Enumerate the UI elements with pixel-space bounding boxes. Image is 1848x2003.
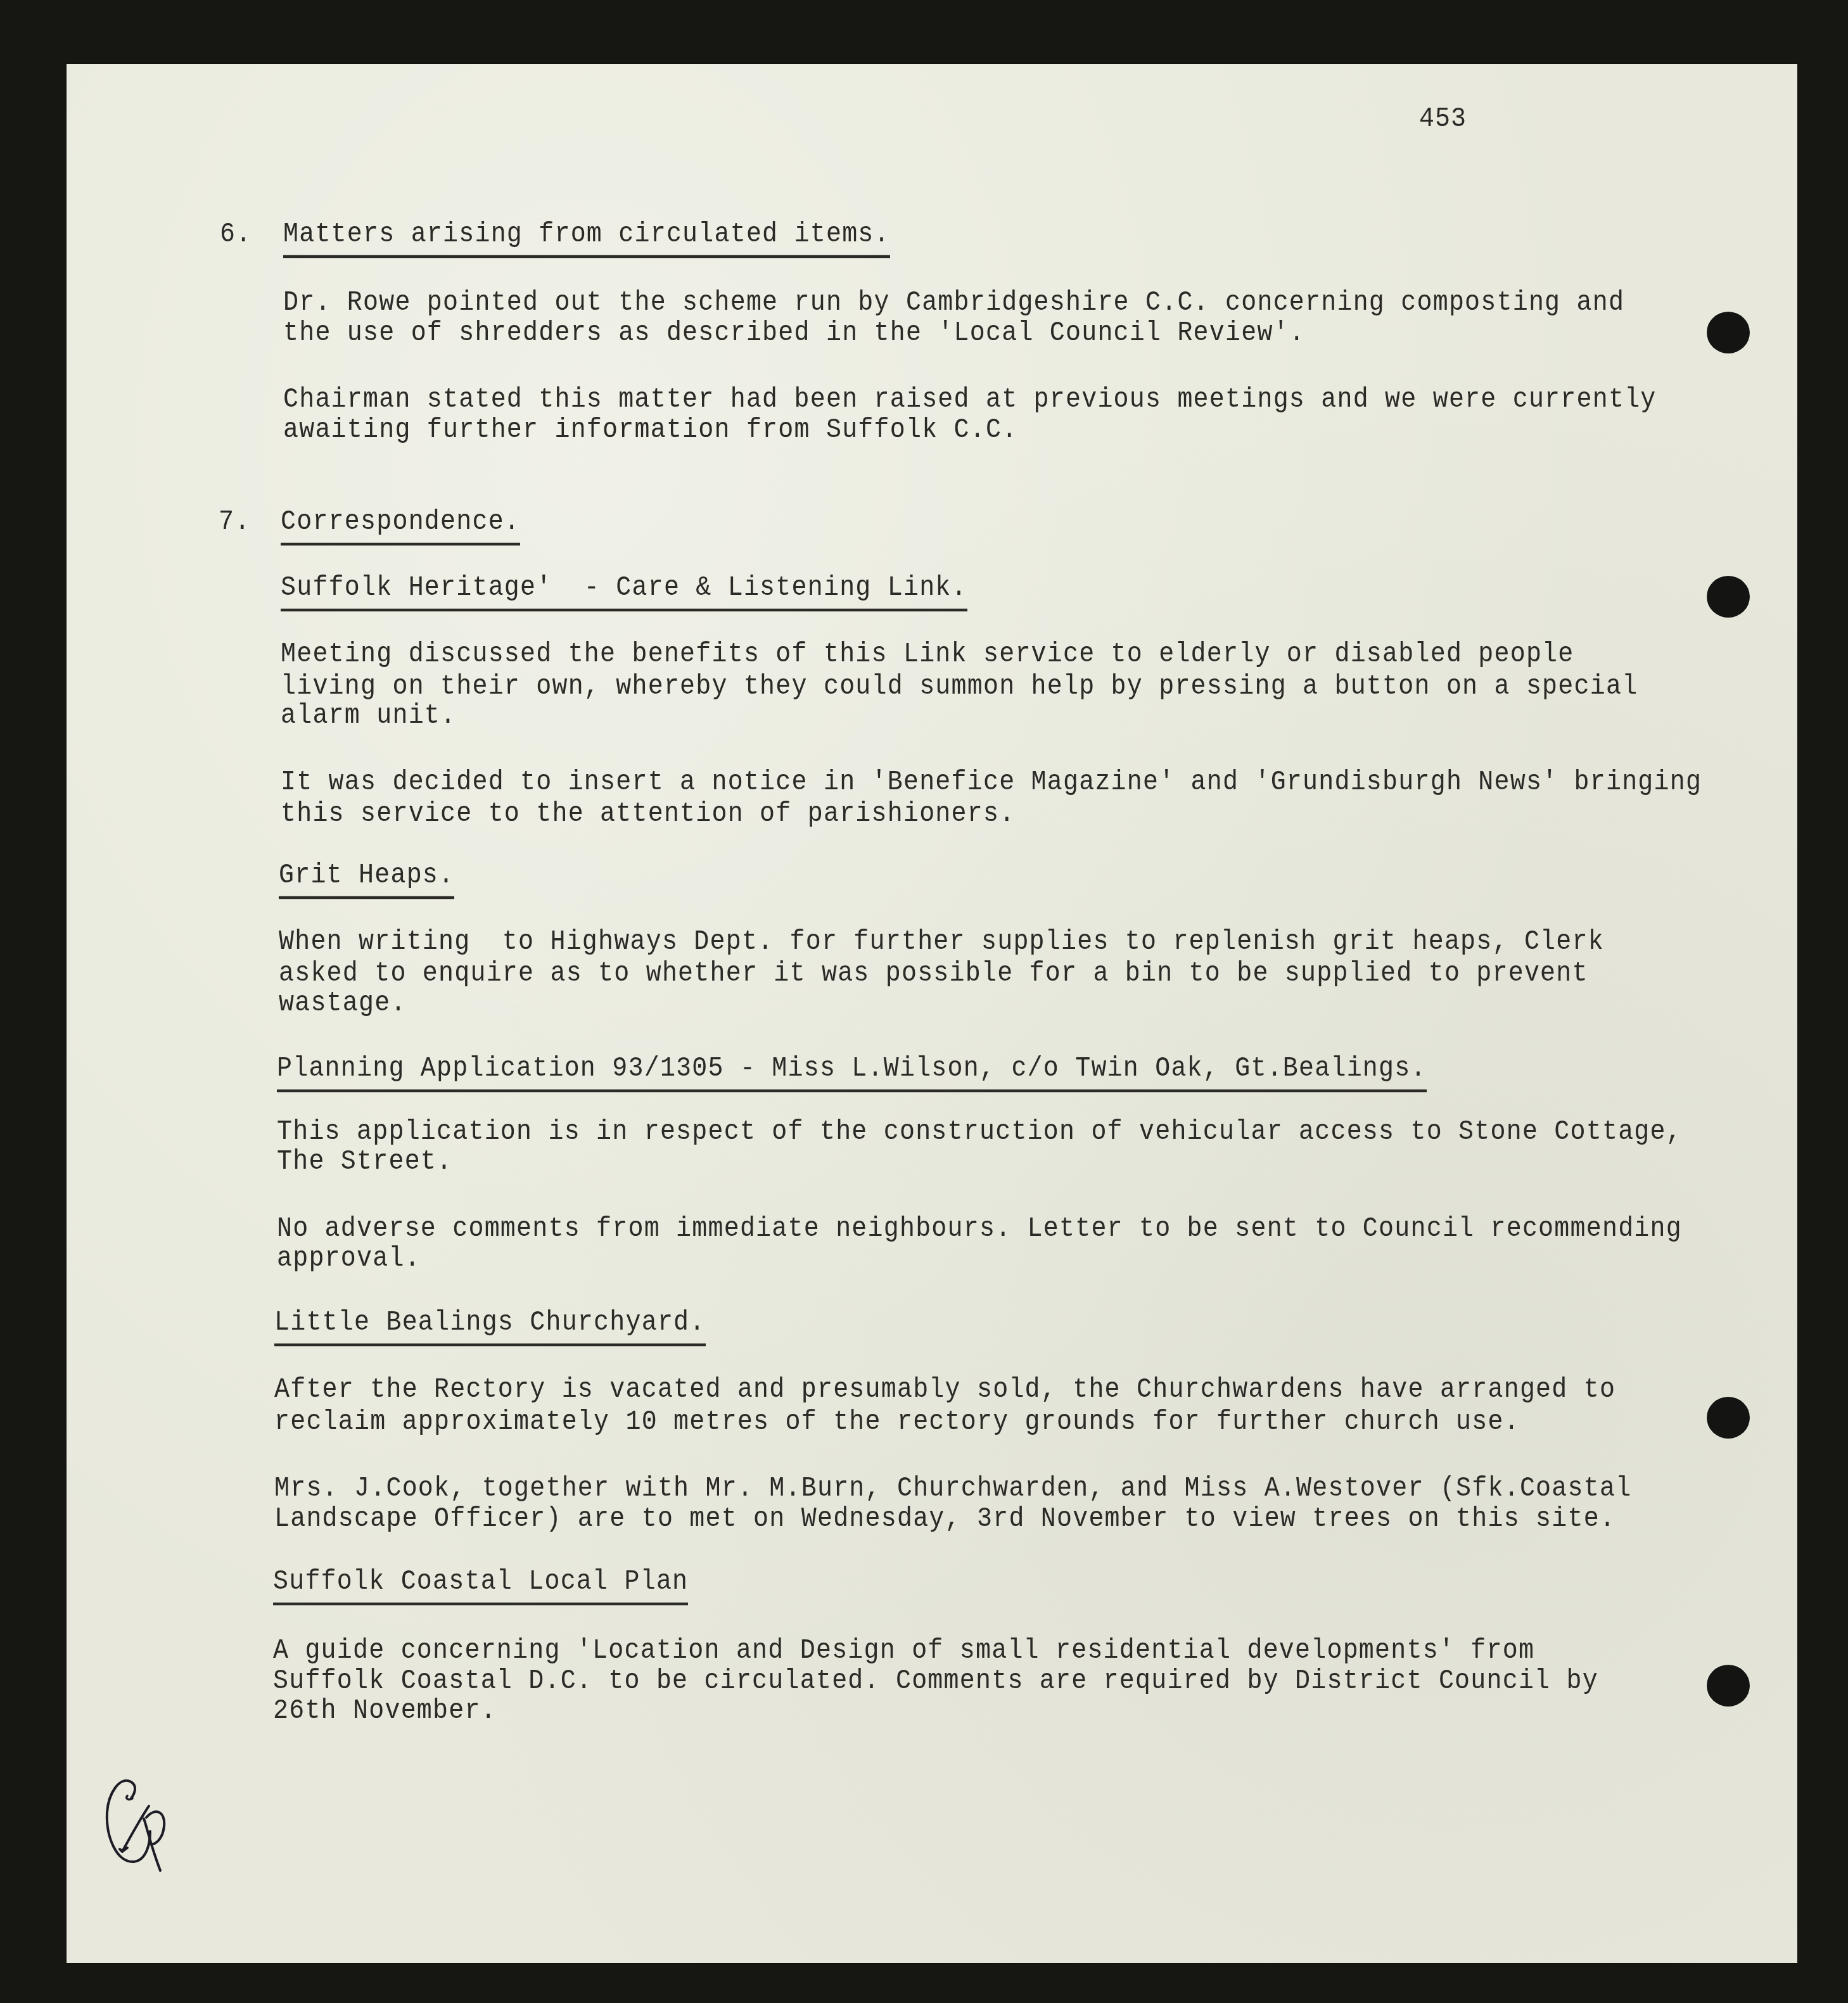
paragraph-line: Landscape Officer) are to met on Wednesd… xyxy=(274,1506,1615,1534)
paragraph-line: wastage. xyxy=(279,990,407,1019)
paragraph-line: Meeting discussed the benefits of this L… xyxy=(281,641,1574,670)
paragraph-line: 26th November. xyxy=(273,1698,497,1726)
paragraph-line: living on their own, whereby they could … xyxy=(281,673,1638,702)
section-heading: Correspondence. xyxy=(281,509,520,545)
subsection-heading: Suffolk Coastal Local Plan xyxy=(273,1568,688,1605)
section-number: 7. xyxy=(219,509,250,537)
paragraph-line: the use of shredders as described in the… xyxy=(283,320,1305,348)
punch-hole-icon xyxy=(1707,1397,1750,1439)
paragraph-line: this service to the attention of parishi… xyxy=(281,801,1015,829)
subsection-heading: Little Bealings Churchyard. xyxy=(274,1309,706,1346)
paragraph-line: Chairman stated this matter had been rai… xyxy=(283,386,1657,415)
paragraph-line: Dr. Rowe pointed out the scheme run by C… xyxy=(283,289,1624,318)
page-number: 453 xyxy=(1419,103,1467,135)
subsection-heading: Grit Heaps. xyxy=(279,862,454,899)
section-heading: Matters arising from circulated items. xyxy=(283,221,890,258)
punch-hole-icon xyxy=(1707,576,1750,618)
document-page: 453 6. Matters arising from circulated i… xyxy=(67,64,1797,1963)
paragraph-line: The Street. xyxy=(277,1148,452,1177)
paragraph-line: When writing to Highways Dept. for furth… xyxy=(279,929,1604,957)
paragraph-line: A guide concerning 'Location and Design … xyxy=(273,1637,1534,1666)
paragraph-line: This application is in respect of the co… xyxy=(277,1119,1682,1147)
paragraph-line: reclaim approximately 10 metres of the r… xyxy=(274,1409,1520,1437)
subsection-heading: Planning Application 93/1305 - Miss L.Wi… xyxy=(277,1055,1427,1092)
paragraph-line: Suffolk Coastal D.C. to be circulated. C… xyxy=(273,1668,1598,1696)
punch-hole-icon xyxy=(1707,1665,1750,1707)
paragraph-line: approval. xyxy=(277,1245,421,1274)
handwritten-initials-icon xyxy=(92,1768,187,1876)
paragraph-line: After the Rectory is vacated and presuma… xyxy=(274,1377,1615,1405)
paragraph-line: It was decided to insert a notice in 'Be… xyxy=(281,769,1702,798)
paragraph-line: asked to enquire as to whether it was po… xyxy=(279,960,1588,989)
subsection-heading: Suffolk Heritage' - Care & Listening Lin… xyxy=(281,575,967,611)
paragraph-line: alarm unit. xyxy=(281,703,456,731)
paragraph-line: Mrs. J.Cook, together with Mr. M.Burn, C… xyxy=(274,1475,1631,1504)
punch-hole-icon xyxy=(1707,312,1750,353)
section-number: 6. xyxy=(220,221,252,250)
paragraph-line: awaiting further information from Suffol… xyxy=(283,417,1017,445)
paragraph-line: No adverse comments from immediate neigh… xyxy=(277,1216,1682,1244)
